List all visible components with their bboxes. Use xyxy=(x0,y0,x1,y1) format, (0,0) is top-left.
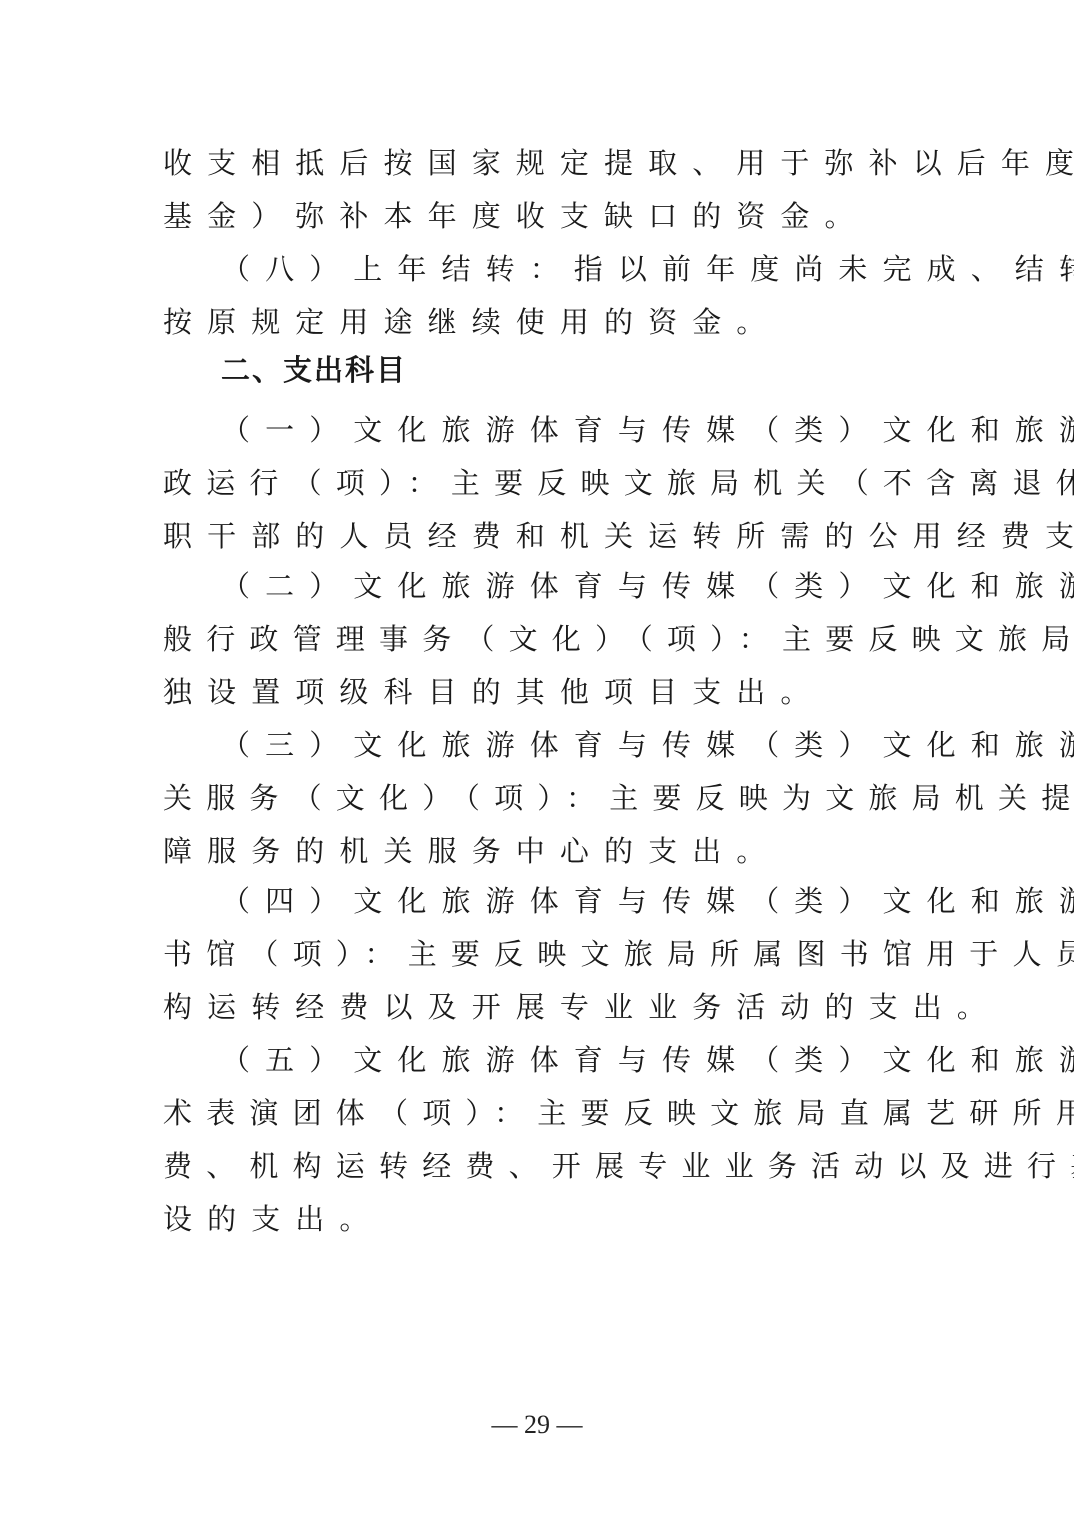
page-number: — 29 — xyxy=(0,1410,1074,1440)
item-line: 独设置项级科目的其他项目支出。 xyxy=(163,672,825,712)
section-heading: 二、支出科目 xyxy=(221,350,407,390)
item-line: 障服务的机关服务中心的支出。 xyxy=(163,831,780,871)
item-line: （一）文化旅游体育与传媒（类）文化和旅游（款）行 xyxy=(221,410,1074,450)
item-line: （四）文化旅游体育与传媒（类）文化和旅游（款）图 xyxy=(221,881,1074,921)
item-line: （五）文化旅游体育与传媒（类）文化和旅游（款）艺 xyxy=(221,1040,1074,1080)
item-line: 费、机构运转经费、开展专业业务活动以及进行基础设施建 xyxy=(163,1146,1074,1186)
item-line: 般行政管理事务（文化）（项）：主要反映文旅局机关未单 xyxy=(163,619,1074,659)
paragraph-line: （八）上年结转：指以前年度尚未完成、结转到本年仍 xyxy=(221,249,1074,289)
document-page: 收支相抵后按国家规定提取、用于弥补以后年度收支差额的 基金）弥补本年度收支缺口的… xyxy=(0,0,1074,1520)
item-line: 职干部的人员经费和机关运转所需的公用经费支出。 xyxy=(163,516,1074,556)
item-line: 书馆（项）：主要反映文旅局所属图书馆用于人员经费、机 xyxy=(163,934,1074,974)
paragraph-line: 基金）弥补本年度收支缺口的资金。 xyxy=(163,196,869,236)
item-line: 构运转经费以及开展专业业务活动的支出。 xyxy=(163,987,1001,1027)
item-line: 关服务（文化）（项）：主要反映为文旅局机关提供后勤保 xyxy=(163,778,1074,818)
item-line: 术表演团体（项）：主要反映文旅局直属艺研所用于人员经 xyxy=(163,1093,1074,1133)
item-line: （二）文化旅游体育与传媒（类）文化和旅游（款）一 xyxy=(221,566,1074,606)
paragraph-line: 按原规定用途继续使用的资金。 xyxy=(163,302,780,342)
item-line: （三）文化旅游体育与传媒（类）文化和旅游（款）机 xyxy=(221,725,1074,765)
paragraph-line: 收支相抵后按国家规定提取、用于弥补以后年度收支差额的 xyxy=(163,143,1074,183)
item-line: 设的支出。 xyxy=(163,1199,384,1239)
item-line: 政运行（项）：主要反映文旅局机关（不含离退休人员）在 xyxy=(163,463,1074,503)
